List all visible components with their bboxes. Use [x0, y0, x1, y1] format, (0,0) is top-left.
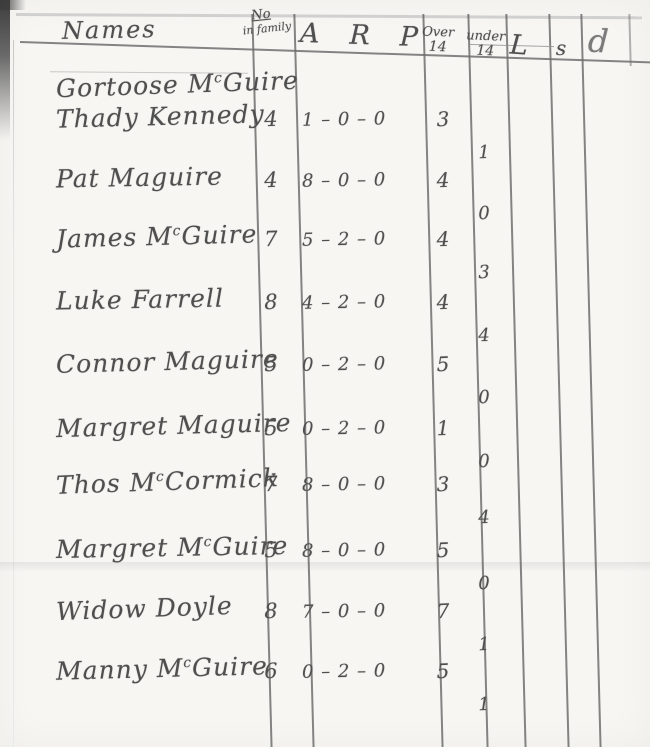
under14-value: 0 — [464, 386, 505, 408]
column-header-over-14: Over 14 — [422, 25, 455, 54]
under14-value: 0 — [464, 202, 505, 224]
arp-value: 5 – 2 – 0 — [302, 228, 387, 250]
arp-value: 0 – 2 – 0 — [302, 353, 387, 375]
under14-value: 1 — [464, 633, 505, 655]
over14-value: 5 — [420, 351, 467, 377]
tenant-name: Thady Kennedy — [56, 99, 265, 133]
over14-value: 1 — [420, 415, 467, 441]
over14-value: 5 — [420, 658, 467, 684]
tenant-name: Manny McGuire — [56, 651, 269, 686]
tenant-name: Pat Maguire — [56, 162, 223, 194]
under14-value: 1 — [464, 693, 505, 715]
column-header-under-14: under 14 — [466, 29, 506, 59]
over14-value: 7 — [420, 598, 467, 624]
horizontal-fold-crease — [0, 562, 650, 572]
family-count: 4 — [250, 106, 293, 131]
arp-value: 1 – 0 – 0 — [302, 108, 387, 130]
arp-value: 0 – 2 – 0 — [302, 417, 387, 439]
over14-value: 4 — [420, 226, 467, 252]
left-fold-crease — [13, 40, 14, 747]
scanned-ledger-page: Names No in family A R P Over 14 under 1… — [0, 0, 650, 747]
over14-value: 4 — [420, 167, 467, 193]
under14-value: 1 — [464, 141, 505, 163]
family-count: 7 — [250, 226, 293, 251]
under-14-number: 14 — [466, 43, 505, 59]
family-count: 5 — [250, 537, 293, 562]
column-header-pounds: L — [509, 29, 529, 61]
column-rule-pounds-left — [505, 14, 526, 747]
family-count: 5 — [250, 415, 293, 440]
scan-left-edge-smudge — [0, 0, 10, 140]
arp-value: 8 – 0 – 0 — [302, 169, 387, 191]
column-header-shillings: s — [556, 36, 567, 60]
arp-perches-label: P — [399, 21, 418, 53]
over14-value: 3 — [420, 471, 467, 497]
family-count: 5 — [250, 351, 293, 376]
tenant-name: James McGuire — [56, 219, 258, 253]
under14-value: 4 — [464, 506, 505, 528]
column-header-names: Names — [62, 15, 157, 45]
column-header-arp: A R P — [299, 18, 418, 53]
tenant-name: Connor Maguire — [56, 344, 279, 379]
column-header-pence: d — [587, 21, 609, 60]
column-rule-right-edge — [628, 14, 631, 66]
scan-corner-smudge — [0, 0, 26, 10]
arp-value: 4 – 2 – 0 — [302, 291, 387, 313]
under14-value: 4 — [464, 324, 505, 346]
arp-roods-label: R — [349, 20, 370, 52]
family-count: 8 — [250, 289, 293, 314]
under14-value: 0 — [464, 572, 505, 594]
arp-value: 0 – 2 – 0 — [302, 660, 387, 682]
column-rule-pence-left — [580, 14, 601, 747]
arp-value: 8 – 0 – 0 — [302, 473, 387, 495]
over-14-number: 14 — [422, 39, 454, 55]
column-rule-shillings-left — [548, 14, 569, 747]
under14-value: 3 — [464, 261, 505, 283]
tenant-name: Widow Doyle — [56, 591, 234, 626]
family-count: 4 — [250, 167, 293, 192]
family-count: 7 — [250, 471, 293, 496]
no-in-family-bottom: in family — [242, 20, 291, 36]
arp-acres-label: A — [299, 18, 320, 50]
arp-value: 7 – 0 – 0 — [302, 600, 387, 622]
over14-value: 3 — [420, 106, 467, 132]
over14-value: 4 — [420, 289, 467, 315]
over-14-word: Over — [422, 25, 454, 40]
arp-value: 8 – 0 – 0 — [302, 539, 387, 561]
over14-value: 5 — [420, 537, 467, 563]
family-count: 8 — [250, 598, 293, 623]
family-count: 6 — [250, 658, 293, 683]
tenant-name: Luke Farrell — [56, 284, 224, 316]
under14-value: 0 — [464, 450, 505, 472]
tenant-name: Thos McCormick — [56, 463, 280, 500]
column-header-no-in-family: No in family — [241, 6, 292, 37]
